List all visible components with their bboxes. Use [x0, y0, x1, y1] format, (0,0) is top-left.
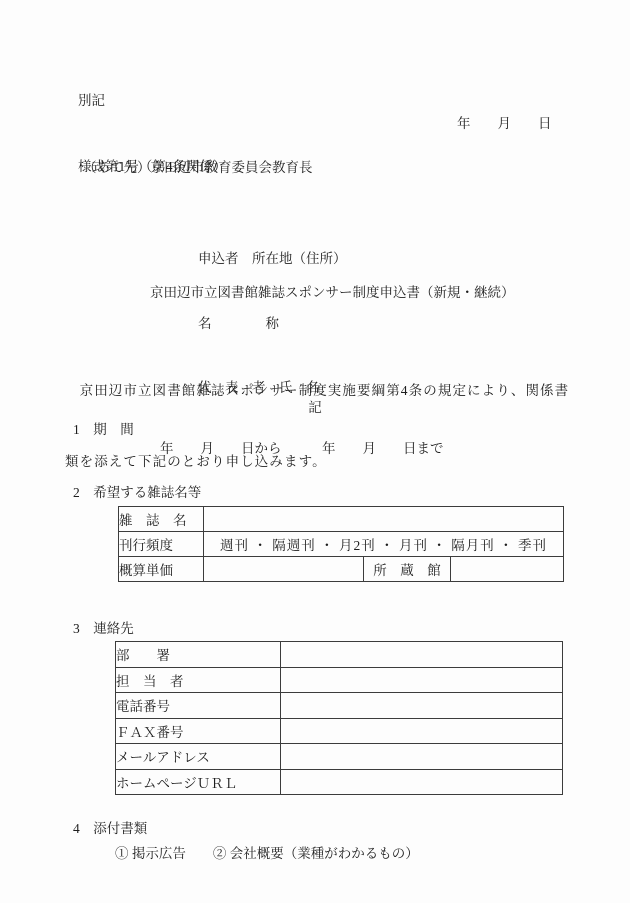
contact-row: 部 署: [116, 642, 563, 668]
body-paragraph-line1: 京田辺市立図書館雑誌スポンサー制度実施要綱第4条の規定により、関係書: [65, 379, 585, 403]
form-header: 別記 様式第1号（第4条関係）: [78, 46, 227, 222]
contact-fax-label: ＦＡＸ番号: [116, 718, 281, 744]
frequency-label: 刊行頻度: [119, 532, 204, 557]
section3-heading: 3 連絡先: [73, 621, 134, 636]
frequency-options: 週刊 ・ 隔週刊 ・ 月2刊 ・ 月刊 ・ 隔月刊 ・ 季刊: [204, 532, 564, 557]
holding-library-value-cell: [451, 557, 564, 582]
section4-heading: 4 添付書類: [73, 821, 147, 836]
contact-department-value-cell: [281, 642, 563, 668]
magazine-name-label: 雑 誌 名: [119, 507, 204, 532]
contact-fax-value-cell: [281, 718, 563, 744]
addressee-line: （あて先）京田辺市教育委員会教育長: [83, 160, 313, 175]
document-title: 京田辺市立図書館雑誌スポンサー制度申込書（新規・継続）: [150, 285, 515, 300]
contact-row: メールアドレス: [116, 744, 563, 770]
contact-email-label: メールアドレス: [116, 744, 281, 770]
contact-row: 担 当 者: [116, 667, 563, 693]
magazine-name-row: 雑 誌 名: [119, 507, 564, 532]
contact-email-value-cell: [281, 744, 563, 770]
contact-department-label: 部 署: [116, 642, 281, 668]
applicant-address-line: 申込者 所在地（住所）: [198, 248, 347, 270]
contacts-table: 部 署 担 当 者 電話番号 ＦＡＸ番号 メールアドレス ホームページＵＲＬ: [115, 641, 563, 795]
contact-person-label: 担 当 者: [116, 667, 281, 693]
contact-row: 電話番号: [116, 693, 563, 719]
contact-website-label: ホームページＵＲＬ: [116, 769, 281, 795]
unit-price-row: 概算単価 所 蔵 館: [119, 557, 564, 582]
magazine-name-value-cell: [204, 507, 564, 532]
contact-phone-label: 電話番号: [116, 693, 281, 719]
unit-price-label: 概算単価: [119, 557, 204, 582]
date-line: 年 月 日: [457, 116, 552, 131]
unit-price-value-cell: [204, 557, 364, 582]
contact-row: ＦＡＸ番号: [116, 718, 563, 744]
attachments-line: ① 掲示広告 ② 会社概要（業種がわかるもの）: [115, 846, 419, 861]
notation-label: 別記: [78, 90, 227, 112]
section1-heading: 1 期 間: [73, 422, 134, 437]
document-page: 別記 様式第1号（第4条関係） 年 月 日 （あて先）京田辺市教育委員会教育長 …: [0, 0, 630, 903]
frequency-row: 刊行頻度 週刊 ・ 隔週刊 ・ 月2刊 ・ 月刊 ・ 隔月刊 ・ 季刊: [119, 532, 564, 557]
magazines-table: 雑 誌 名 刊行頻度 週刊 ・ 隔週刊 ・ 月2刊 ・ 月刊 ・ 隔月刊 ・ 季…: [118, 506, 564, 582]
holding-library-label: 所 蔵 館: [364, 557, 451, 582]
contact-row: ホームページＵＲＬ: [116, 769, 563, 795]
contact-website-value-cell: [281, 769, 563, 795]
record-mark: 記: [0, 400, 630, 415]
section2-heading: 2 希望する雑誌名等: [73, 485, 201, 500]
applicant-name-line: 名 称: [198, 313, 347, 335]
section1-period-line: 年 月 日から 年 月 日まで: [160, 441, 444, 456]
contact-phone-value-cell: [281, 693, 563, 719]
contact-person-value-cell: [281, 667, 563, 693]
